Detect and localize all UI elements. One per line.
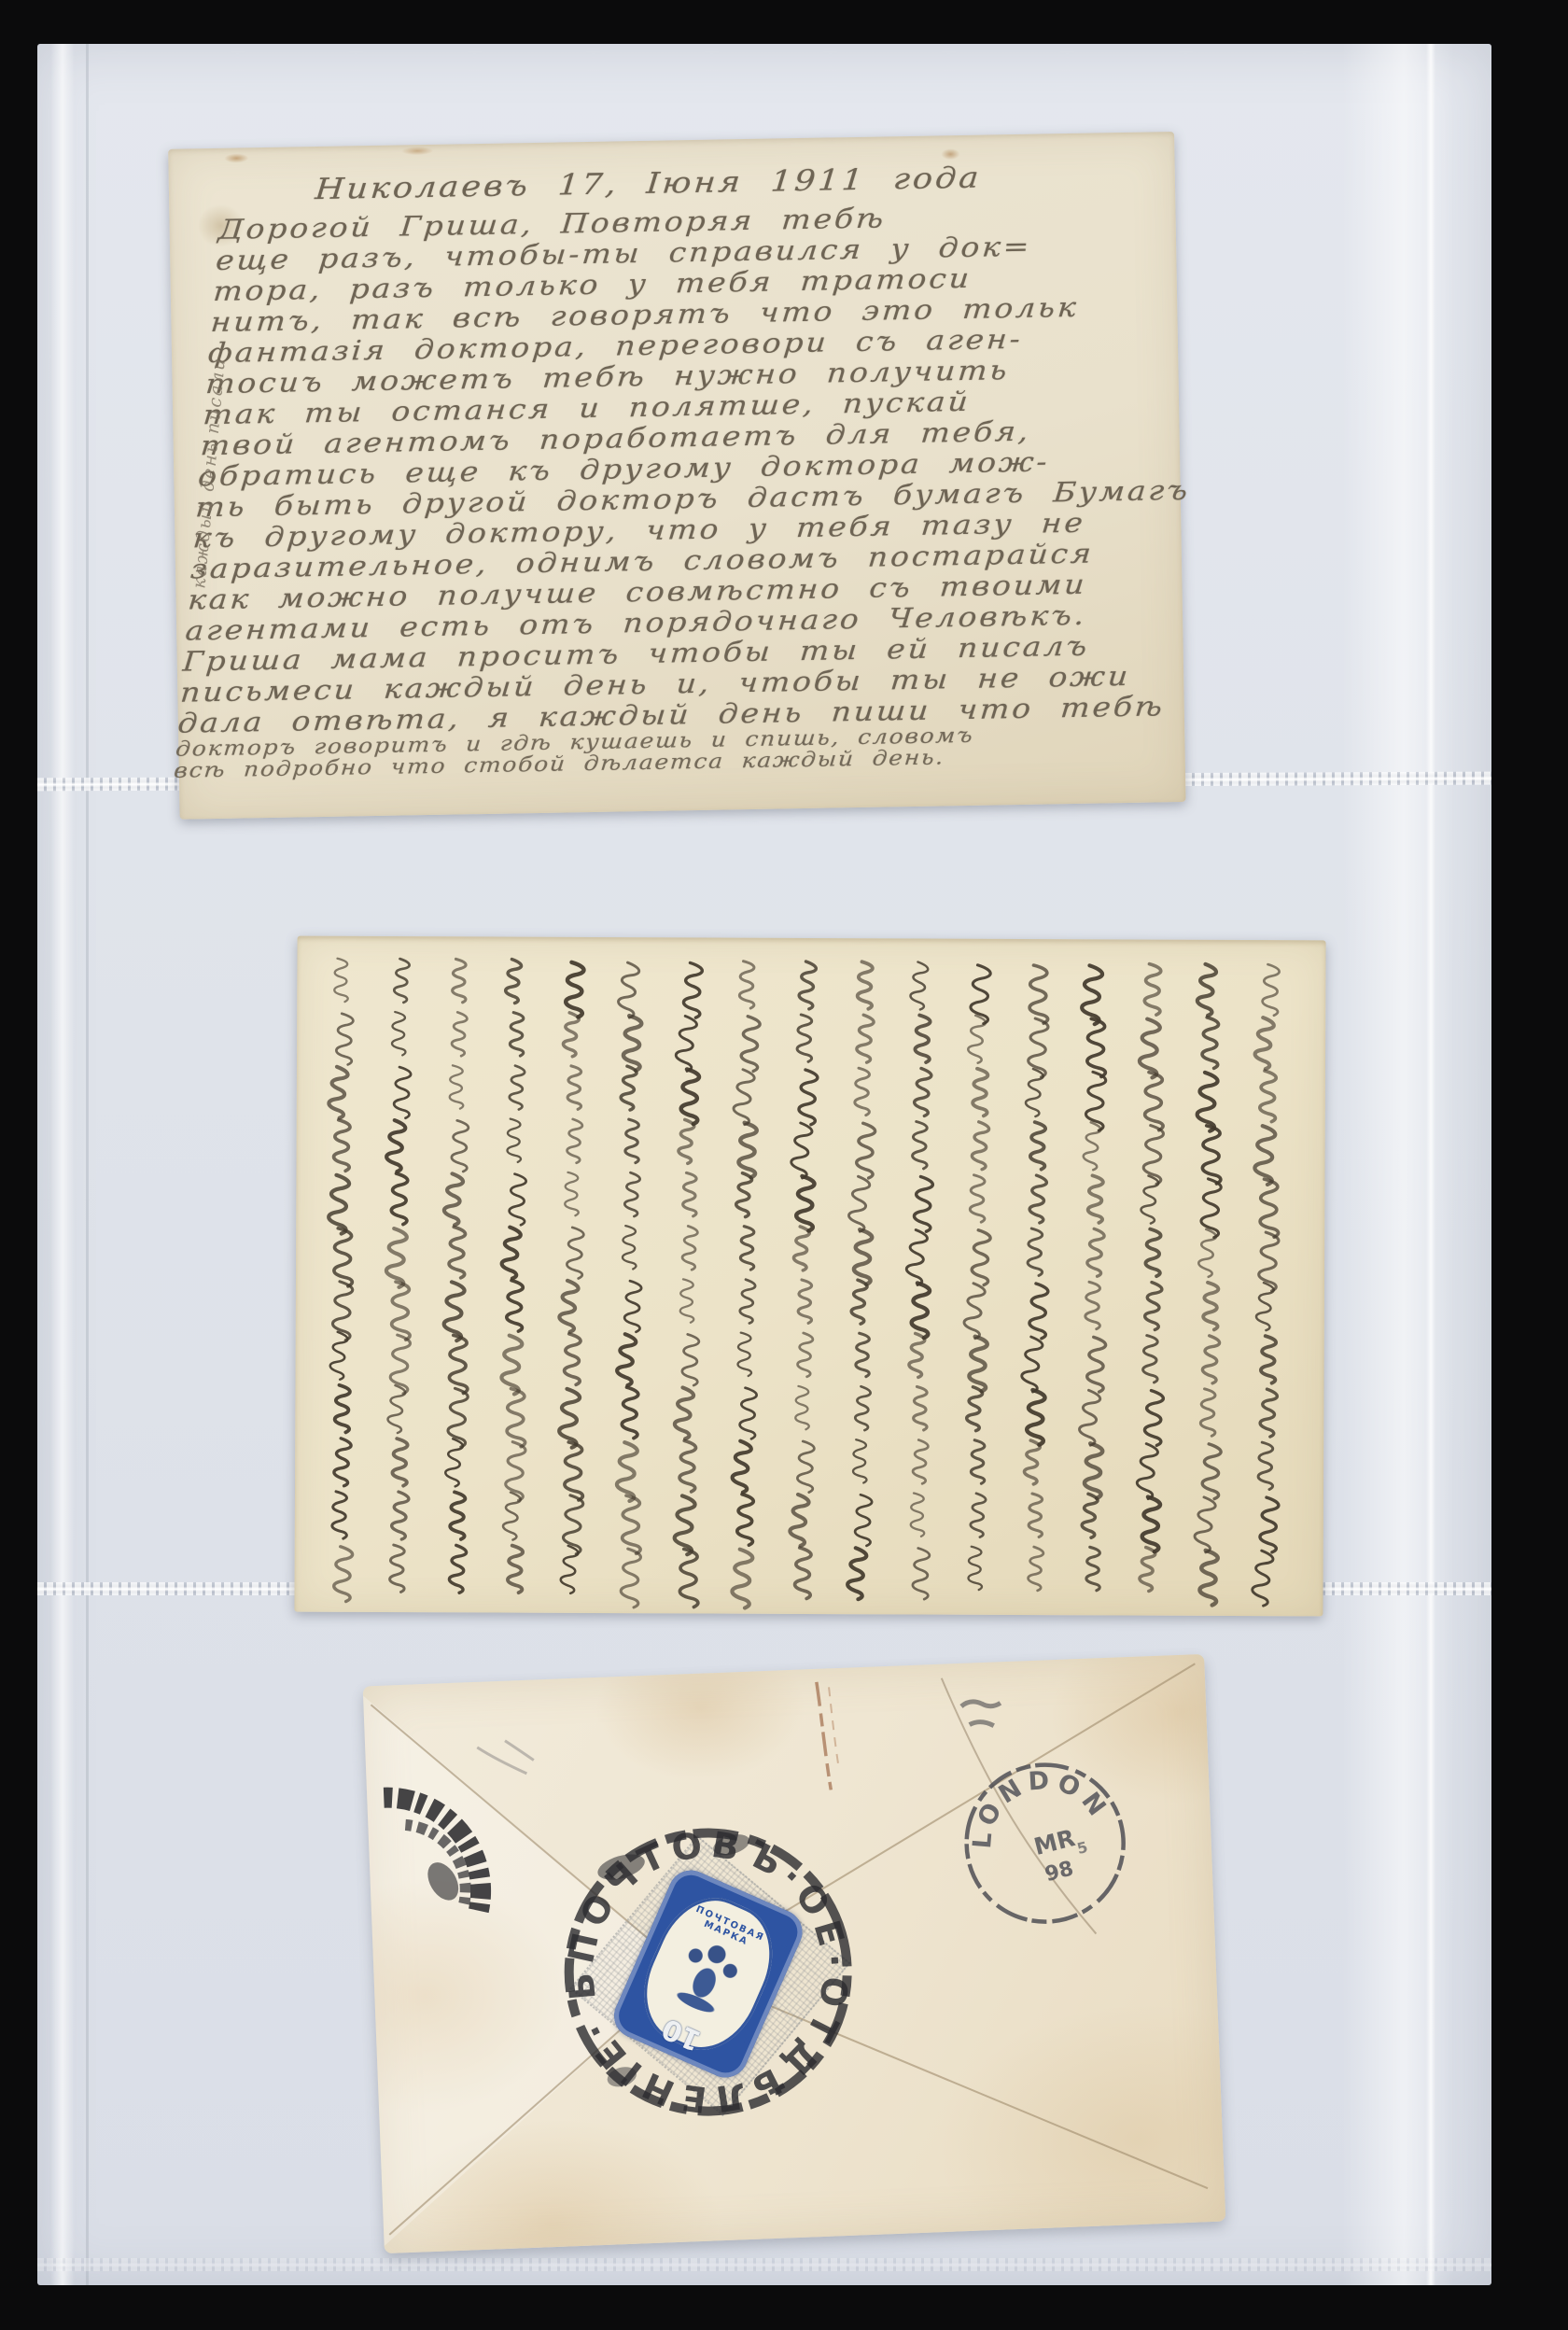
svg-text:98: 98 [1043, 1857, 1076, 1887]
album-page-photo: Николаевъ 17, Іюня 1911 годаДорогой Гриш… [0, 0, 1568, 2330]
sleeve-reflection-left [50, 44, 75, 2285]
sleeve-reflection-right [1342, 44, 1454, 2285]
sleeve-edge-line [86, 44, 89, 2285]
envelope-back: ПОЧТОВАЯ МАРКА 10 [363, 1654, 1226, 2253]
postcard-2-scrawl [294, 936, 1325, 1617]
sleeve-page: Николаевъ 17, Іюня 1911 годаДорогой Гриш… [37, 44, 1491, 2285]
sleeve-seam-bottom [37, 2258, 1491, 2271]
stray-cancel-smudge [961, 1701, 1001, 1727]
rust-stain [817, 1681, 831, 1790]
foxing-spot [224, 153, 248, 162]
cancel-center: ЬПОЧТОВЪ·ОЕ·ОТДѢЛЕНІЕ·ПОЧТ·ОВ [363, 1654, 891, 2213]
foxing-spot [941, 148, 959, 160]
postcard-2 [294, 936, 1325, 1617]
rust-stain-2 [829, 1687, 838, 1765]
london-postmark: LONDON MR 98 5 [950, 1748, 1141, 1939]
sleeve-reflection-right-core [1426, 44, 1435, 2285]
postcard-1-text: Николаевъ 17, Іюня 1911 годаДорогой Гриш… [173, 159, 1244, 782]
cancel-left-partial [384, 1794, 482, 1917]
envelope-postmarks: ЬПОЧТОВЪ·ОЕ·ОТДѢЛЕНІЕ·ПОЧТ·ОВ LONDON MR … [363, 1654, 1226, 2253]
svg-text:MR: MR [1031, 1824, 1078, 1860]
svg-text:ЬПОЧТОВЪ·ОЕ·ОТДѢЛЕНІЕ·ПОЧТ·ОВ: ЬПОЧТОВЪ·ОЕ·ОТДѢЛЕНІЕ·ПОЧТ·ОВ [363, 1654, 891, 2213]
svg-text:5: 5 [1075, 1838, 1089, 1858]
foxing-spot [401, 147, 433, 156]
postcard-1: Николаевъ 17, Іюня 1911 годаДорогой Гриш… [168, 132, 1185, 820]
